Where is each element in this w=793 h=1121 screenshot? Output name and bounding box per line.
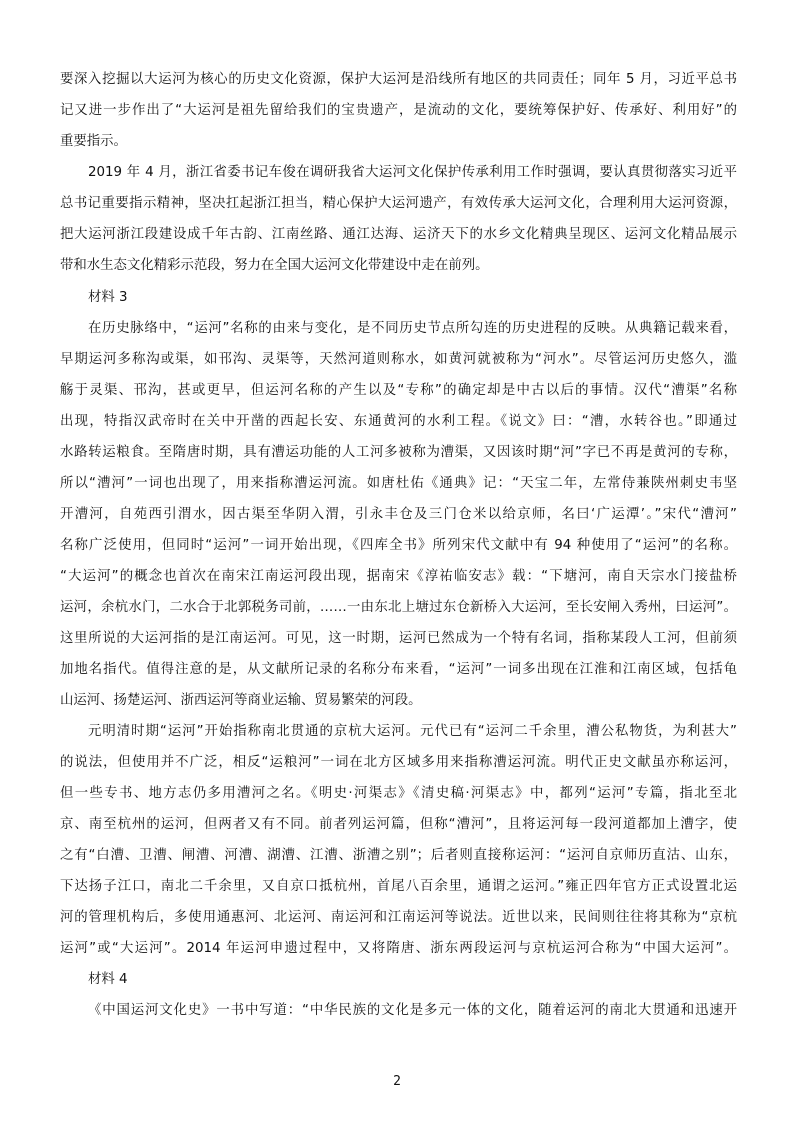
text-line: 山运河、扬楚运河、浙西运河等商业运输、贸易繁荣的河段。	[60, 691, 737, 711]
section-heading-material-4: 材料 4	[88, 970, 737, 990]
text-line: “大运河”的概念也首次在南宋江南运河段出现，据南宋《淳祐临安志》载：“下塘河，南…	[60, 567, 737, 587]
document-page: 要深入挖掘以大运河为核心的历史文化资源，保护大运河是沿线所有地区的共同责任；同年…	[0, 0, 793, 1121]
text-line: 早期运河多称沟或渠，如邗沟、灵渠等，天然河道则称水，如黄河就被称为“河水”。尽管…	[60, 350, 737, 370]
page-number: 2	[386, 1072, 408, 1092]
text-line: 水路转运粮食。至隋唐时期，具有漕运功能的人工河多被称为漕渠，又因该时期“河”字已…	[60, 443, 737, 463]
text-line: 京、南至杭州的运河，但两者又有不同。前者列运河篇，但称“漕河”，且将运河每一段河…	[60, 815, 737, 835]
text-line: 所以“漕河”一词也出现了，用来指称漕运河流。如唐杜佑《通典》记：“天宝二年，左常…	[60, 474, 737, 494]
text-line: 之有“白漕、卫漕、闸漕、河漕、湖漕、江漕、浙漕之别”；后者则直接称运河：“运河自…	[60, 846, 737, 866]
section-heading-material-3: 材料 3	[88, 288, 737, 308]
text-line: 总书记重要指示精神，坚决扛起浙江担当，精心保护大运河遗产，有效传承大运河文化，合…	[60, 194, 737, 214]
text-line: 开漕河，自苑西引渭水，因古渠至华阴入渭，引永丰仓及三门仓米以给京师，名曰‘广运潭…	[60, 505, 737, 525]
text-line: 下达扬子江口，南北二千余里，又自京口抵杭州，首尾八百余里，通谓之运河。”雍正四年…	[60, 877, 737, 897]
text-line: 要深入挖掘以大运河为核心的历史文化资源，保护大运河是沿线所有地区的共同责任；同年…	[60, 70, 737, 90]
text-line: 记又进一步作出了“大运河是祖先留给我们的宝贵遗产，是流动的文化，要统筹保护好、传…	[60, 101, 737, 121]
text-line: 元明清时期“运河”开始指称南北贯通的京杭大运河。元代已有“运河二千余里，漕公私物…	[88, 722, 737, 742]
text-line: 在历史脉络中，“运河”名称的由来与变化，是不同历史节点所勾连的历史进程的反映。从…	[88, 319, 737, 339]
text-line: 觞于灵渠、邗沟，甚或更早，但运河名称的产生以及“专称”的确定却是中古以后的事情。…	[60, 381, 737, 401]
text-line: 河的管理机构后，多使用通惠河、北运河、南运河和江南运河等说法。近世以来，民间则往…	[60, 908, 737, 928]
text-line: 2019 年 4 月，浙江省委书记车俊在调研我省大运河文化保护传承利用工作时强调…	[88, 163, 737, 183]
text-line: 把大运河浙江段建设成千年古韵、江南丝路、通江达海、运济天下的水乡文化精典呈现区、…	[60, 225, 737, 245]
text-line: 名称广泛使用，但同时“运河”一词开始出现，《四库全书》所列宋代文献中有 94 种…	[60, 536, 737, 556]
text-line: 出现，特指汉武帝时在关中开凿的西起长安、东通黄河的水利工程。《说文》曰：“漕，水…	[60, 412, 737, 432]
text-line: 运河”或“大运河”。2014 年运河申遗过程中，又将隋唐、浙东两段运河与京杭运河…	[60, 939, 737, 959]
text-line: 的说法，但使用并不广泛，相反“运粮河”一词在北方区域多用来指称漕运河流。明代正史…	[60, 753, 737, 773]
text-line: 带和水生态文化精彩示范段，努力在全国大运河文化带建设中走在前列。	[60, 256, 737, 276]
text-line: 运河，余杭水门，二水合于北郭税务司前，……一由东北上塘过东仓新桥入大运河，至长安…	[60, 598, 737, 618]
text-line: 《中国运河文化史》一书中写道：“中华民族的文化是多元一体的文化，随着运河的南北大…	[88, 1001, 737, 1021]
text-line: 这里所说的大运河指的是江南运河。可见，这一时期，运河已然成为一个特有名词，指称某…	[60, 629, 737, 649]
text-line: 加地名指代。值得注意的是，从文献所记录的名称分布来看，“运河”一词多出现在江淮和…	[60, 660, 737, 680]
text-line: 但一些专书、地方志仍多用漕河之名。《明史·河渠志》《清史稿·河渠志》中，都列“运…	[60, 784, 737, 804]
text-line: 重要指示。	[60, 132, 737, 152]
